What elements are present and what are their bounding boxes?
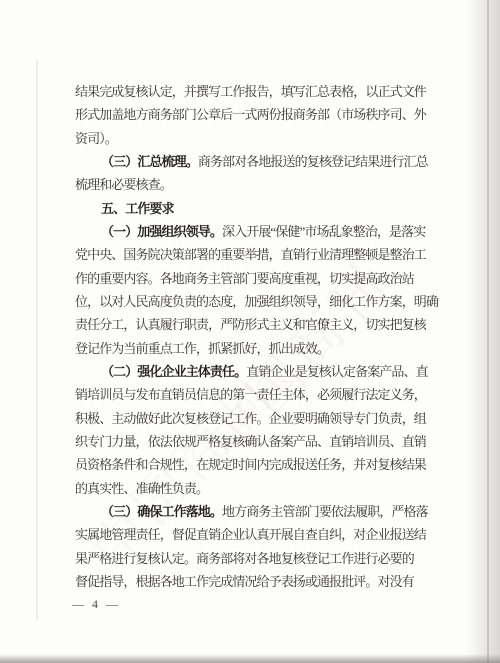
- text-line: 梳理和必要核查。: [75, 173, 435, 196]
- text-line: （二）强化企业主体责任。直销企业是复核认定备案产品、直: [75, 360, 435, 383]
- bold-text-segment: （三）确保工作落地。: [101, 504, 222, 519]
- text-line: 的真实性、准确性负责。: [75, 477, 435, 500]
- text-line: 果严格进行复核认定。商务部将对各地复核登记工作进行必要的: [75, 547, 435, 570]
- text-line: 责任分工，认真履行职责，严防形式主义和官僚主义，切实把复核: [75, 313, 435, 336]
- text-segment: 梳理和必要核查。: [75, 177, 172, 192]
- scan-crease-left: [36, 60, 38, 620]
- section-heading-line: 五、工作要求: [75, 197, 435, 220]
- text-line: 结果完成复核认定，并撰写工作报告，填写汇总表格，以正式文件: [75, 80, 435, 103]
- text-segment: 果严格进行复核认定。商务部将对各地复核登记工作进行必要的: [75, 551, 414, 566]
- text-line: 形式加盖地方商务部门公章后一式两份报商务部（市场秩序司、外: [75, 103, 435, 126]
- scanned-document-page: 中国商刊 中国商刊 结果完成复核认定，并撰写工作报告，填写汇总表格，以正式文件形…: [0, 0, 500, 663]
- text-segment: 结果完成复核认定，并撰写工作报告，填写汇总表格，以正式文件: [75, 84, 426, 99]
- text-line: 织专门力量，依法依规严格复核确认备案产品、直销培训员、直销: [75, 430, 435, 453]
- text-line: （三）确保工作落地。地方商务主管部门要依法履职，严格落: [75, 500, 435, 523]
- text-segment: 销培训员与发布直销员信息的第一责任主体，必须履行法定义务，: [75, 387, 426, 402]
- text-segment: 资司）。: [75, 131, 117, 146]
- text-segment: 登记作为当前重点工作，抓紧抓好，抓出成效。: [75, 341, 329, 356]
- page-number: — 4 —: [72, 597, 121, 612]
- bold-text-segment: 五、工作要求: [101, 201, 174, 216]
- text-segment: 积极、主动做好此次复核登记工作。企业要明确领导专门负责，组: [75, 411, 426, 426]
- text-line: 员资格条件和合规性，在规定时间内完成报送任务，并对复核结果: [75, 453, 435, 476]
- text-segment: 党中央、国务院决策部署的重要举措，直销行业清理整顿是整治工: [75, 247, 426, 262]
- text-segment: 深入开展“保健”市场乱象整治，是落实: [222, 224, 425, 239]
- text-line: 位，以对人民高度负责的态度，加强组织领导，细化工作方案，明确: [75, 290, 435, 313]
- text-segment: 员资格条件和合规性，在规定时间内完成报送任务，并对复核结果: [75, 457, 426, 472]
- text-segment: 商务部对各地报送的复核登记结果进行汇总: [198, 154, 428, 169]
- text-segment: 作的重要内容。各地商务主管部门要高度重视，切实提高政治站: [75, 271, 414, 286]
- scan-shadow-bottom: [0, 654, 500, 663]
- text-line: （三）汇总梳理。商务部对各地报送的复核登记结果进行汇总: [75, 150, 435, 173]
- text-segment: 实属地管理责任，督促直销企业认真开展自查自纠，对企业报送结: [75, 527, 426, 542]
- text-segment: 责任分工，认真履行职责，严防形式主义和官僚主义，切实把复核: [75, 317, 426, 332]
- text-line: 督促指导，根据各地工作完成情况给予表扬或通报批评。对没有: [75, 570, 435, 593]
- text-line: 实属地管理责任，督促直销企业认真开展自查自纠，对企业报送结: [75, 523, 435, 546]
- text-line: 积极、主动做好此次复核登记工作。企业要明确领导专门负责，组: [75, 407, 435, 430]
- text-segment: 位，以对人民高度负责的态度，加强组织领导，细化工作方案，明确: [75, 294, 438, 309]
- text-line: 登记作为当前重点工作，抓紧抓好，抓出成效。: [75, 337, 435, 360]
- document-body: 结果完成复核认定，并撰写工作报告，填写汇总表格，以正式文件形式加盖地方商务部门公…: [75, 80, 435, 593]
- text-segment: 形式加盖地方商务部门公章后一式两份报商务部（市场秩序司、外: [75, 107, 426, 122]
- text-segment: 督促指导，根据各地工作完成情况给予表扬或通报批评。对没有: [75, 574, 414, 589]
- text-line: （一）加强组织领导。深入开展“保健”市场乱象整治，是落实: [75, 220, 435, 243]
- text-line: 销培训员与发布直销员信息的第一责任主体，必须履行法定义务，: [75, 383, 435, 406]
- text-segment: 织专门力量，依法依规严格复核确认备案产品、直销培训员、直销: [75, 434, 426, 449]
- bold-text-segment: （一）加强组织领导。: [101, 224, 222, 239]
- text-segment: 地方商务主管部门要依法履职，严格落: [222, 504, 428, 519]
- scan-shadow-right: [466, 0, 500, 663]
- bold-text-segment: （三）汇总梳理。: [101, 154, 198, 169]
- text-segment: 直销企业是复核认定备案产品、直: [246, 364, 428, 379]
- text-line: 作的重要内容。各地商务主管部门要高度重视，切实提高政治站: [75, 267, 435, 290]
- bold-text-segment: （二）强化企业主体责任。: [101, 364, 246, 379]
- text-segment: 的真实性、准确性负责。: [75, 481, 208, 496]
- scan-edge-line-right: [487, 0, 489, 663]
- text-line: 资司）。: [75, 127, 435, 150]
- text-line: 党中央、国务院决策部署的重要举措，直销行业清理整顿是整治工: [75, 243, 435, 266]
